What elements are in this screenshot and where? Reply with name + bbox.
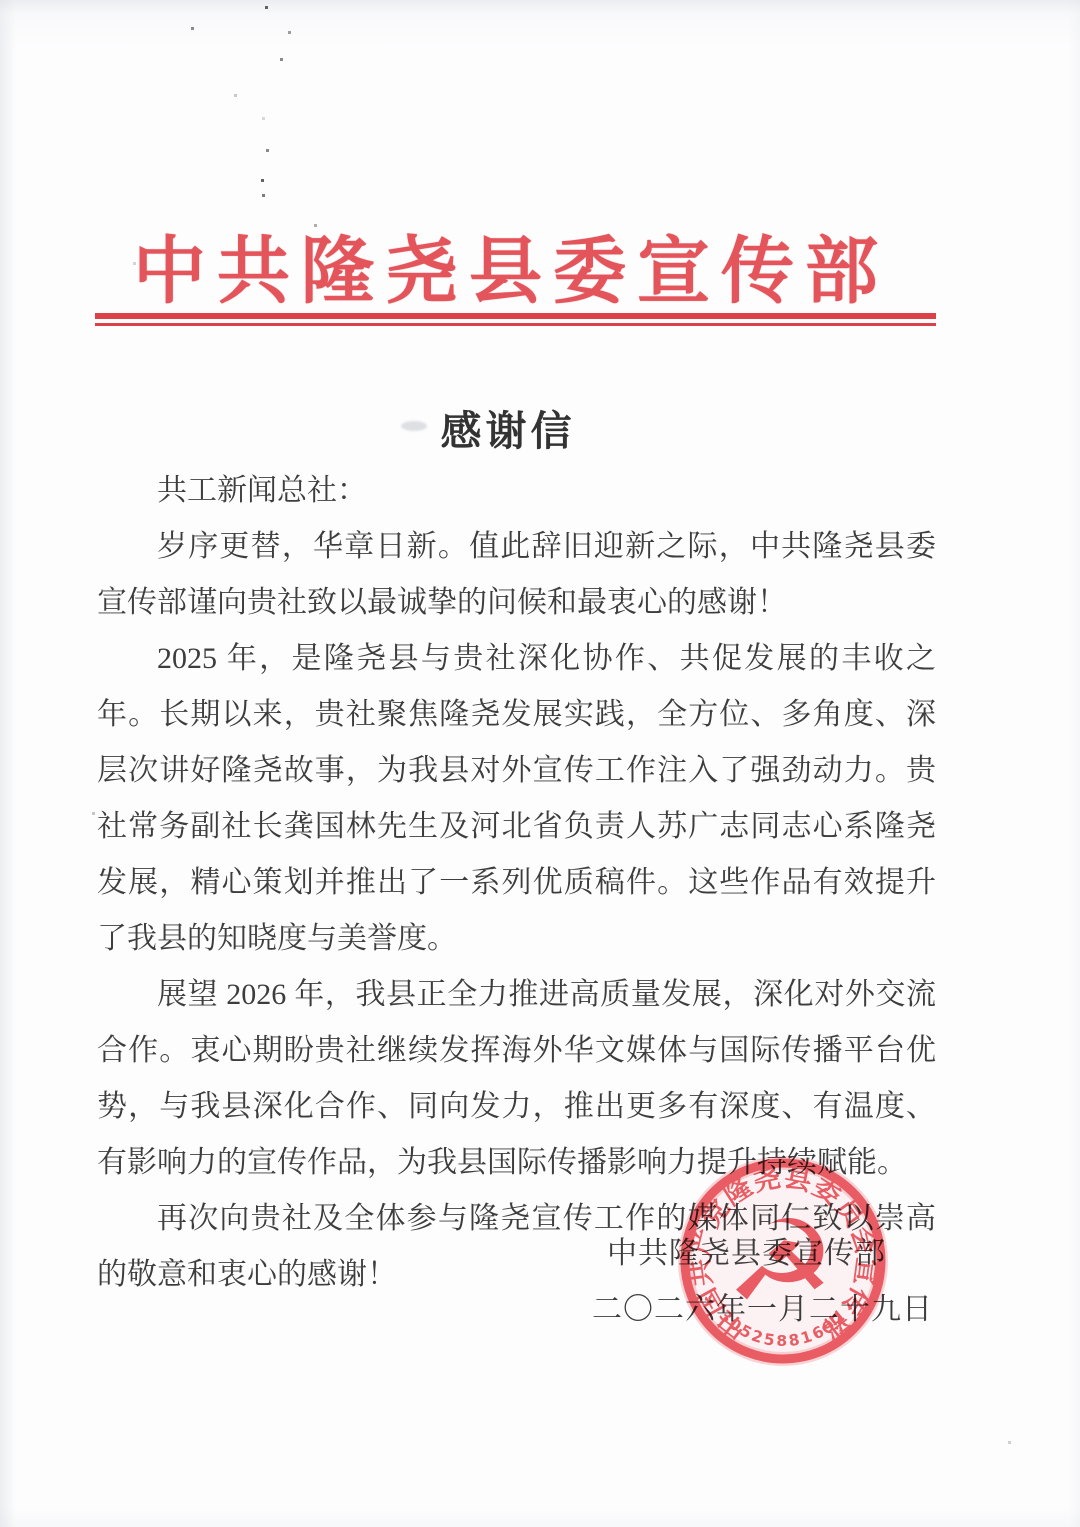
salutation: 共工新闻总社： <box>97 463 936 519</box>
letter-title: 感谢信 <box>0 398 1016 457</box>
letterhead-divider-rule <box>95 313 936 326</box>
hammer-sickle-icon: ☭ <box>722 1193 843 1336</box>
official-seal: 中国共产党隆尧县委员会宣传部 1305258816928 ☭ <box>674 1152 892 1370</box>
paragraph: 岁序更替，华章日新。值此辞旧迎新之际，中共隆尧县委宣传部谨向贵社致以最诚挚的问候… <box>97 519 936 631</box>
scan-speck-artifacts <box>0 0 3 3</box>
letterhead-title: 中共隆尧县委宣传部 <box>51 212 971 317</box>
paragraph: 2025 年，是隆尧县与贵社深化协作、共促发展的丰收之年。长期以来，贵社聚焦隆尧… <box>97 631 936 967</box>
scanned-letter-page: 中共隆尧县委宣传部 感谢信 共工新闻总社： 岁序更替，华章日新。值此辞旧迎新之际… <box>0 0 1080 1527</box>
